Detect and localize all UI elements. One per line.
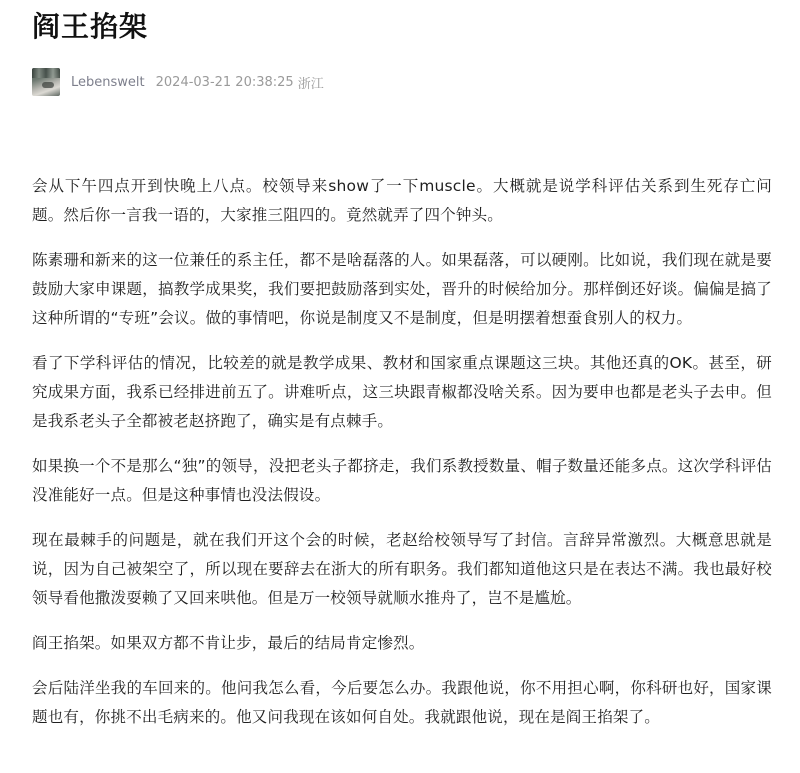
paragraph: 会从下午四点开到快晚上八点。校领导来show了一下muscle。大概就是说学科评… — [32, 172, 772, 230]
article-title: 阎王掐架 — [32, 0, 800, 46]
paragraph: 陈素珊和新来的这一位兼任的系主任，都不是啥磊落的人。如果磊落，可以硬刚。比如说，… — [32, 246, 772, 333]
paragraph: 阎王掐架。如果双方都不肯让步，最后的结局肯定惨烈。 — [32, 629, 772, 658]
paragraph: 看了下学科评估的情况，比较差的就是教学成果、教材和国家重点课题这三块。其他还真的… — [32, 349, 772, 436]
author-name[interactable]: Lebenswelt — [71, 75, 145, 90]
article: 阎王掐架 Lebenswelt 2024-03-21 20:38:25 浙江 会… — [0, 0, 800, 732]
article-meta: Lebenswelt 2024-03-21 20:38:25 浙江 — [32, 68, 800, 96]
paragraph: 如果换一个不是那么“独”的领导，没把老头子都挤走，我们系教授数量、帽子数量还能多… — [32, 452, 772, 510]
author-avatar[interactable] — [32, 68, 60, 96]
ip-location: 浙江 — [298, 73, 324, 92]
paragraph: 会后陆洋坐我的车回来的。他问我怎么看，今后要怎么办。我跟他说，你不用担心啊，你科… — [32, 674, 772, 732]
paragraph: 现在最棘手的问题是，就在我们开这个会的时候，老赵给校领导写了封信。言辞异常激烈。… — [32, 526, 772, 613]
article-body: 会从下午四点开到快晚上八点。校领导来show了一下muscle。大概就是说学科评… — [32, 172, 800, 732]
publish-timestamp: 2024-03-21 20:38:25 — [156, 75, 294, 90]
